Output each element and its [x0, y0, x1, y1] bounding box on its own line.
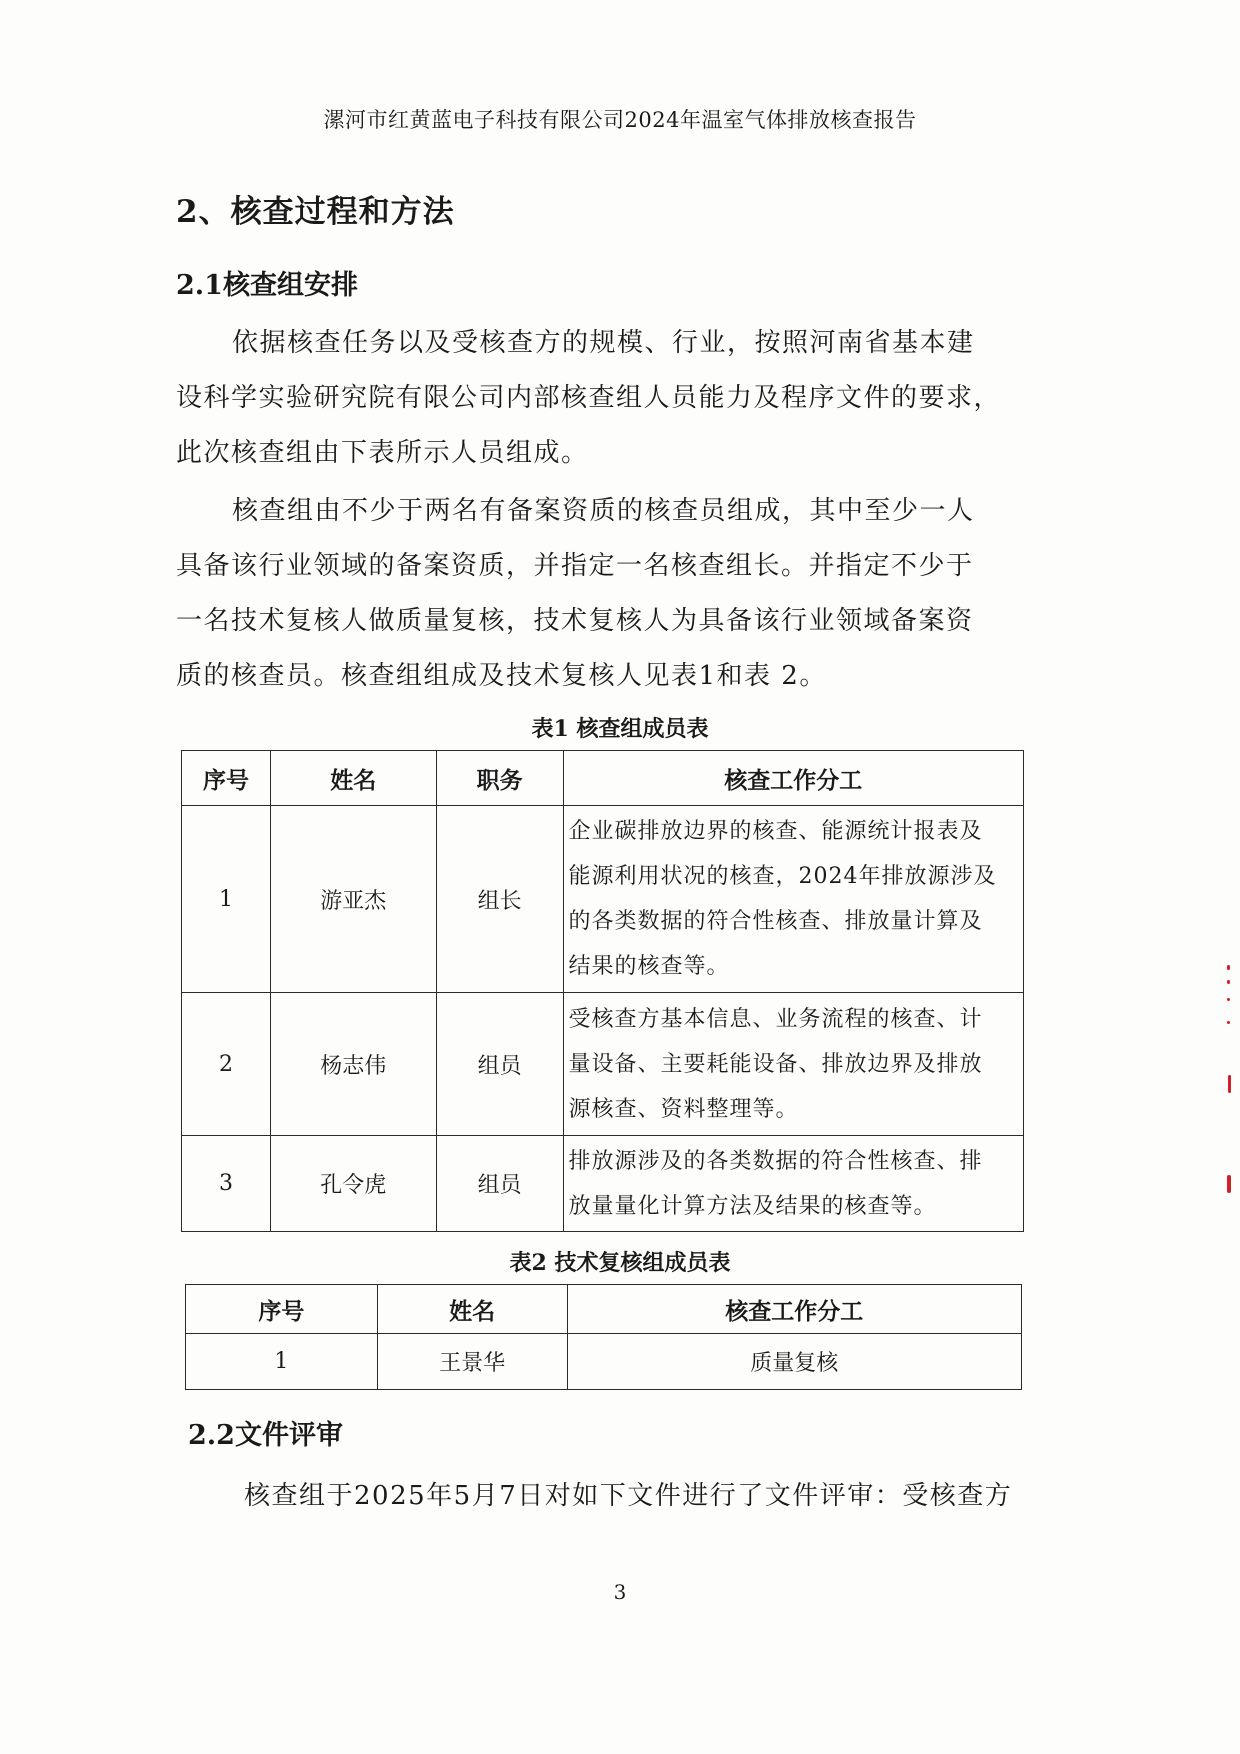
member-role: 组员 — [436, 1136, 563, 1232]
table-row: 1 王景华 质量复核 — [186, 1334, 1022, 1390]
audit-team-table: 序号 姓名 职务 核查工作分工 1 游亚杰 组长 企业碳排放边界的核查、能源统计… — [181, 750, 1024, 1232]
technical-review-table: 序号 姓名 核查工作分工 1 王景华 质量复核 — [185, 1284, 1022, 1390]
running-header: 漯河市红黄蓝电子科技有限公司2024年温室气体排放核查报告 — [0, 104, 1240, 134]
duty-line: 源核查、资料整理等。 — [569, 1087, 1023, 1132]
reviewer-duty: 质量复核 — [567, 1334, 1021, 1390]
column-header: 姓名 — [377, 1285, 567, 1334]
duty-description: 排放源涉及的各类数据的符合性核查、排 放量量化计算方法及结果的核查等。 — [563, 1136, 1023, 1232]
table1-caption: 表1 核查组成员表 — [0, 712, 1240, 743]
duty-line: 放量量化计算方法及结果的核查等。 — [569, 1184, 1023, 1229]
duty-line: 受核查方基本信息、业务流程的核查、计 — [569, 997, 1023, 1042]
member-name: 杨志伟 — [270, 993, 436, 1136]
member-role: 组长 — [436, 806, 563, 993]
column-header: 序号 — [186, 1285, 378, 1334]
paragraph-line: 核查组于2025年5月7日对如下文件进行了文件评审：受核查方 — [244, 1475, 1012, 1512]
paragraph-line: 核查组由不少于两名有备案资质的核查员组成，其中至少一人 — [232, 490, 975, 527]
duty-line: 企业碳排放边界的核查、能源统计报表及 — [569, 809, 1023, 854]
duty-line: 结果的核查等。 — [569, 944, 1023, 989]
member-role: 组员 — [436, 993, 563, 1136]
subsection-heading-2-2: 2.2文件评审 — [188, 1413, 343, 1452]
paragraph-line: 质的核查员。核查组组成及技术复核人见表1和表 2。 — [176, 655, 827, 692]
table-header-row: 序号 姓名 核查工作分工 — [186, 1285, 1022, 1334]
duty-line: 的各类数据的符合性核查、排放量计算及 — [569, 899, 1023, 944]
column-header: 核查工作分工 — [563, 751, 1023, 806]
row-number: 3 — [182, 1136, 271, 1232]
table-header-row: 序号 姓名 职务 核查工作分工 — [182, 751, 1024, 806]
table-row: 3 孔令虎 组员 排放源涉及的各类数据的符合性核查、排 放量量化计算方法及结果的… — [182, 1136, 1024, 1232]
member-name: 游亚杰 — [270, 806, 436, 993]
document-page: 漯河市红黄蓝电子科技有限公司2024年温室气体排放核查报告 2、核查过程和方法 … — [0, 0, 1240, 1754]
page-number: 3 — [0, 1580, 1240, 1604]
column-header: 核查工作分工 — [567, 1285, 1021, 1334]
duty-description: 企业碳排放边界的核查、能源统计报表及 能源利用状况的核查，2024年排放源涉及 … — [563, 806, 1023, 993]
section-heading: 2、核查过程和方法 — [176, 186, 455, 231]
paragraph-line: 设科学实验研究院有限公司内部核查组人员能力及程序文件的要求， — [176, 377, 1001, 414]
subsection-heading-2-1: 2.1核查组安排 — [176, 263, 358, 302]
duty-line: 排放源涉及的各类数据的符合性核查、排 — [569, 1139, 1023, 1184]
row-number: 2 — [182, 993, 271, 1136]
duty-description: 受核查方基本信息、业务流程的核查、计 量设备、主要耗能设备、排放边界及排放 源核… — [563, 993, 1023, 1136]
paragraph-line: 此次核查组由下表所示人员组成。 — [176, 432, 589, 469]
paragraph-line: 一名技术复核人做质量复核，技术复核人为具备该行业领域备案资 — [176, 600, 974, 637]
paragraph-line: 依据核查任务以及受核查方的规模、行业，按照河南省基本建 — [232, 322, 975, 359]
column-header: 职务 — [436, 751, 563, 806]
column-header: 序号 — [182, 751, 271, 806]
duty-line: 能源利用状况的核查，2024年排放源涉及 — [569, 854, 1023, 899]
reviewer-name: 王景华 — [377, 1334, 567, 1390]
paragraph-line: 具备该行业领域的备案资质，并指定一名核查组长。并指定不少于 — [176, 545, 974, 582]
duty-line: 量设备、主要耗能设备、排放边界及排放 — [569, 1042, 1023, 1087]
table-row: 1 游亚杰 组长 企业碳排放边界的核查、能源统计报表及 能源利用状况的核查，20… — [182, 806, 1024, 993]
table2-caption: 表2 技术复核组成员表 — [0, 1246, 1240, 1277]
row-number: 1 — [186, 1334, 378, 1390]
row-number: 1 — [182, 806, 271, 993]
column-header: 姓名 — [270, 751, 436, 806]
member-name: 孔令虎 — [270, 1136, 436, 1232]
table-row: 2 杨志伟 组员 受核查方基本信息、业务流程的核查、计 量设备、主要耗能设备、排… — [182, 993, 1024, 1136]
